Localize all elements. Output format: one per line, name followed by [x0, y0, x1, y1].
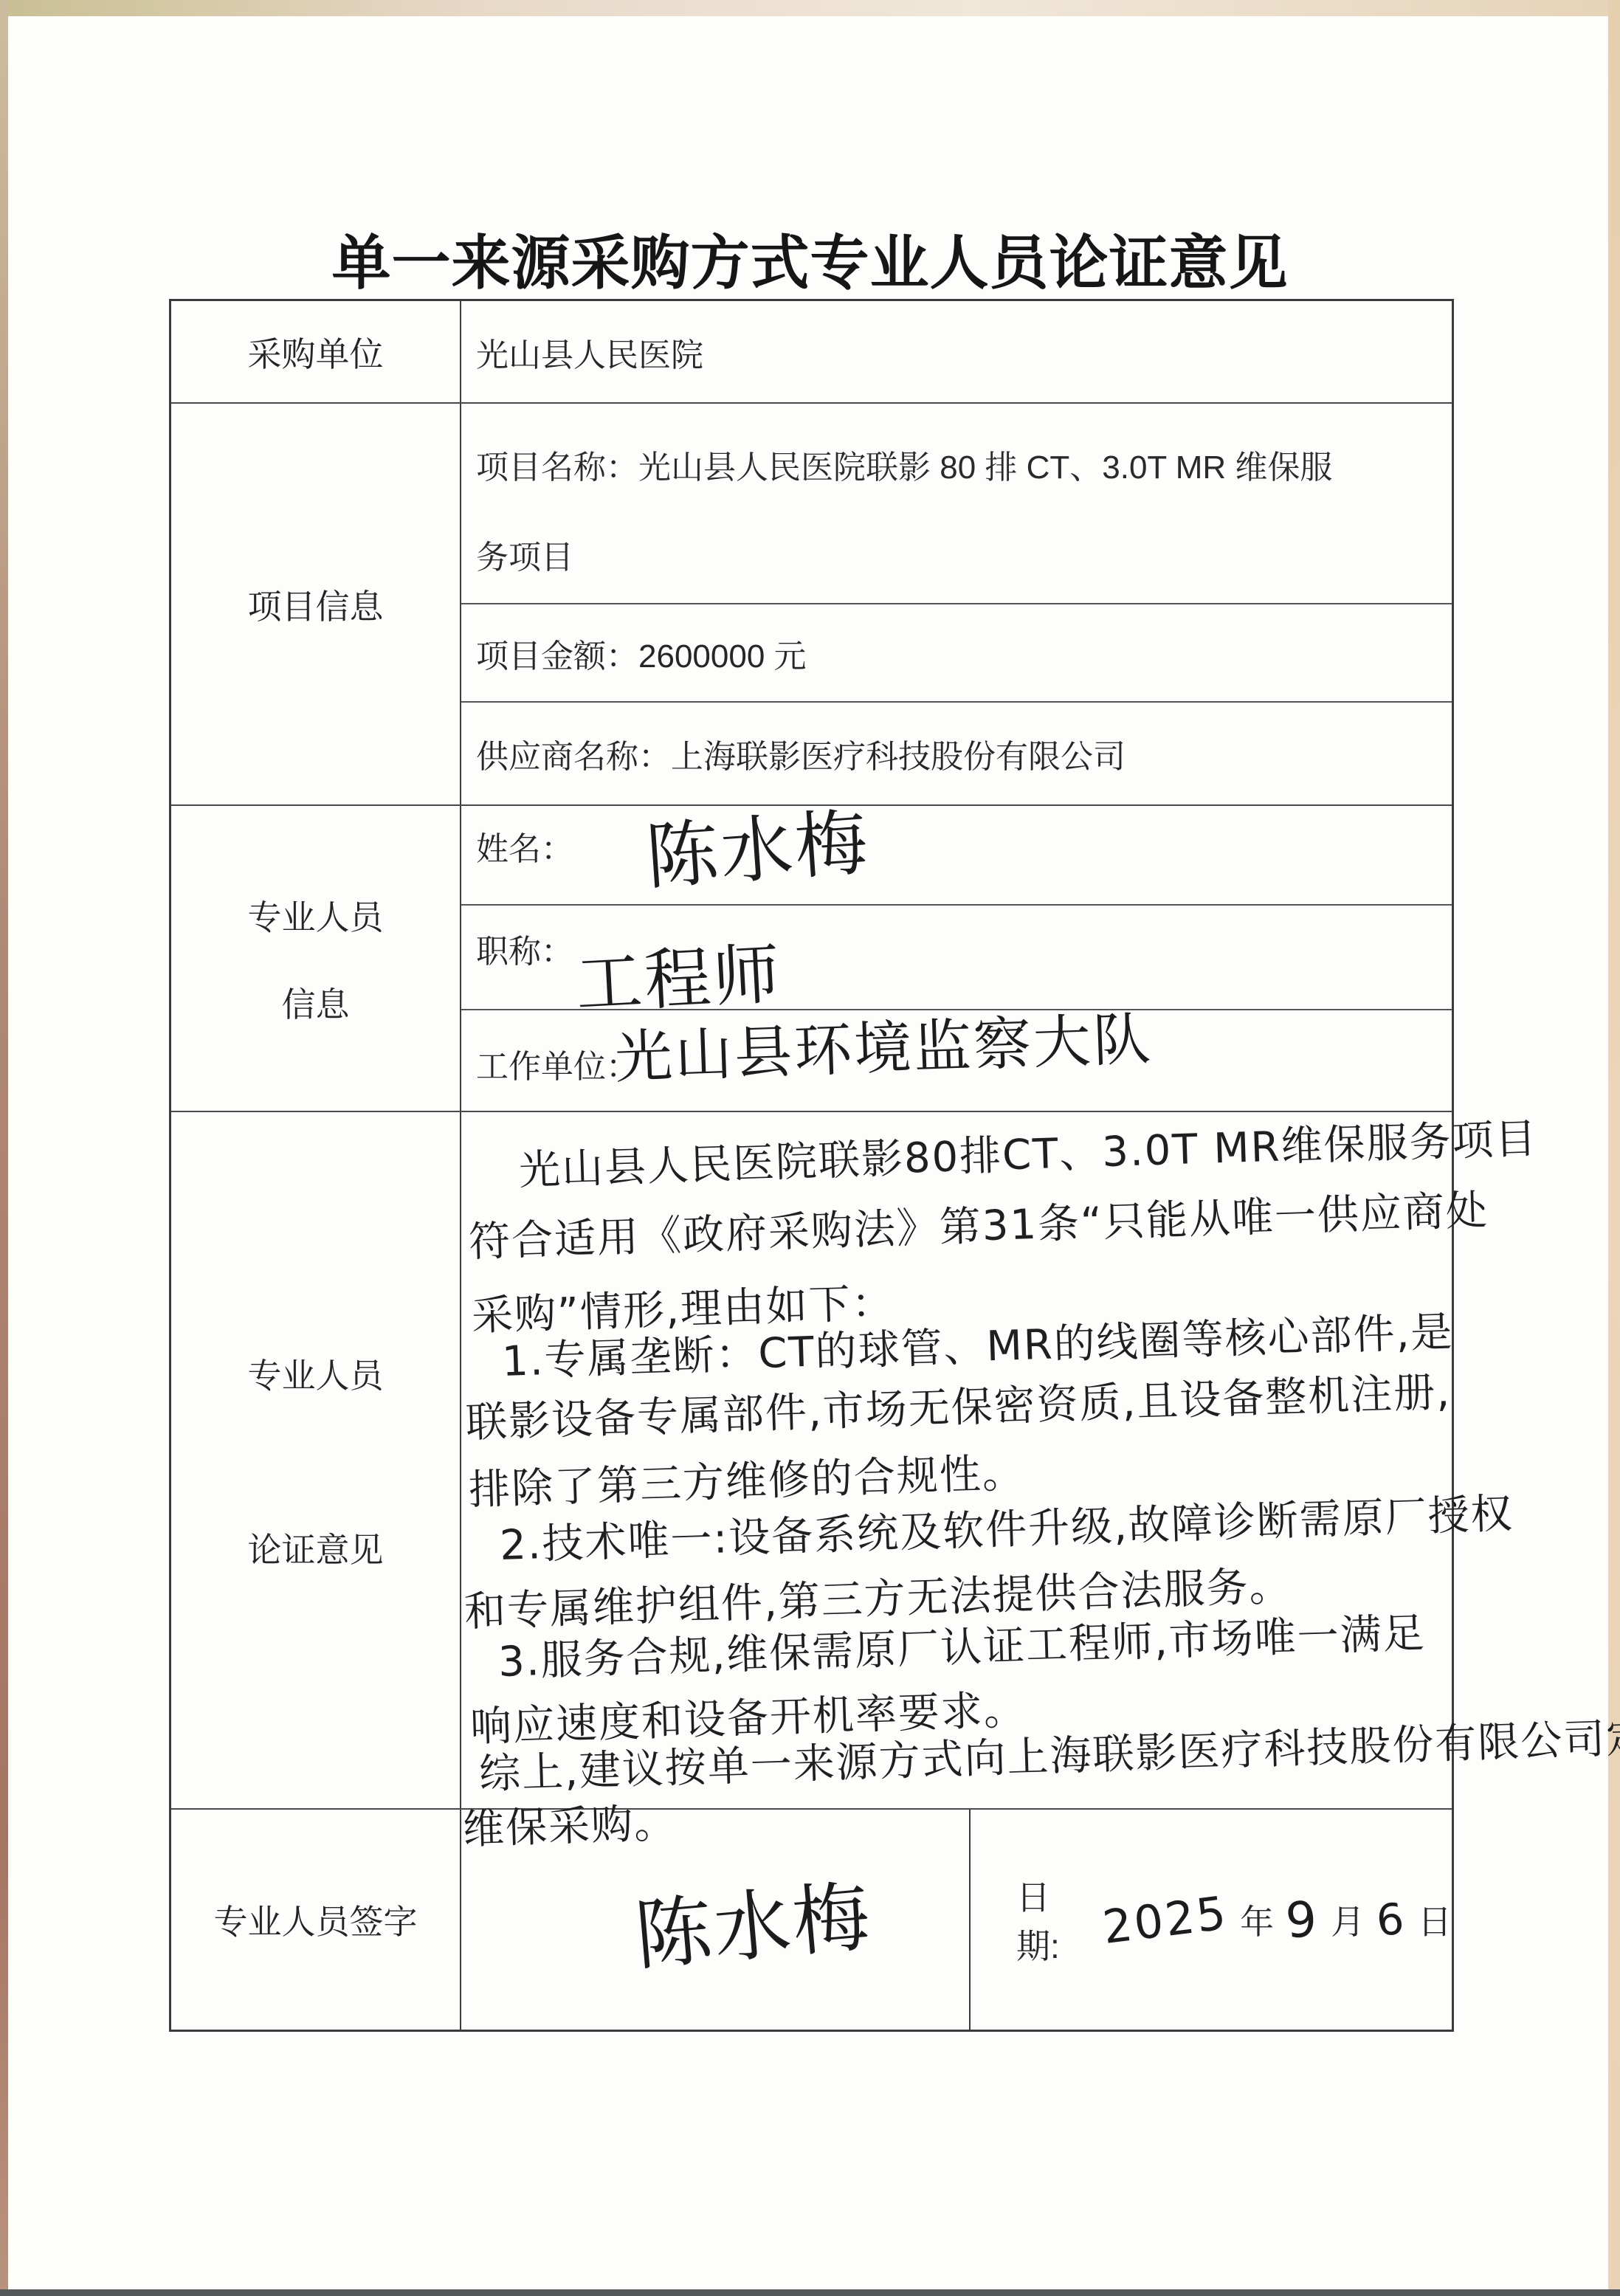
personnel-info-label-line2: 信息	[282, 978, 350, 1027]
document-page: 单一来源采购方式专业人员论证意见 采购单位 光山县人民医院 项目信息 项目名称：…	[0, 0, 1620, 2296]
page-title: 单一来源采购方式专业人员论证意见	[0, 216, 1620, 300]
row-personnel-info: 专业人员 信息 姓名： 陈水梅 职称： 工程师 工作单位： 光山县环境监察大队	[171, 804, 1452, 1111]
handwritten-opinion-cell: 光山县人民医院联影80排CT、3.0T MR维保服务项目 符合适用《政府采购法》…	[461, 1112, 1452, 1808]
opinion-form-table: 采购单位 光山县人民医院 项目信息 项目名称：光山县人民医院联影 80 排 CT…	[169, 299, 1454, 2032]
supplier-name: 供应商名称：上海联影医疗科技股份有限公司	[461, 701, 1452, 804]
purchasing-unit-value: 光山县人民医院	[461, 301, 1452, 402]
scan-edge-right	[1608, 0, 1620, 2296]
signature-label: 专业人员签字	[171, 1810, 461, 2030]
handwritten-signature: 陈水梅	[630, 1854, 875, 1985]
row-opinion: 专业人员 论证意见 光山县人民医院联影80排CT、3.0T MR维保服务项目 符…	[171, 1111, 1452, 1808]
handwritten-person-name: 陈水梅	[642, 785, 872, 904]
person-unit-label: 工作单位：	[461, 1040, 638, 1087]
row-purchasing-unit: 采购单位 光山县人民医院	[171, 301, 1452, 402]
handwritten-opinion-line: 维保采购。	[462, 1790, 678, 1856]
opinion-label: 专业人员 论证意见	[171, 1112, 461, 1808]
day-unit: 日	[1418, 1895, 1452, 1944]
purchasing-unit-label: 采购单位	[171, 301, 461, 402]
project-name-cell: 项目名称：光山县人民医院联影 80 排 CT、3.0T MR 维保服 务项目	[461, 404, 1452, 603]
opinion-label-line1: 专业人员	[248, 1349, 384, 1398]
handwritten-day: 6	[1374, 1893, 1409, 1946]
person-name-label: 姓名：	[461, 822, 573, 869]
row-signature: 专业人员签字 陈水梅 日期: 2025 年 9 月 6 日	[171, 1808, 1452, 2030]
opinion-label-line2: 论证意见	[248, 1523, 384, 1572]
person-title-label: 职称：	[461, 925, 573, 972]
handwritten-month: 9	[1283, 1890, 1320, 1949]
date-label: 日期:	[1016, 1871, 1091, 1968]
scan-edge-top	[0, 0, 1620, 16]
scan-edge-left	[0, 0, 8, 2296]
personnel-info-label-line1: 专业人员	[248, 891, 384, 940]
project-amount: 项目金额：2600000 元	[461, 603, 1452, 701]
project-name-line2: 务项目	[476, 513, 1452, 603]
project-info-label: 项目信息	[171, 404, 461, 804]
scan-edge-bottom	[0, 2289, 1620, 2296]
date-cell: 日期: 2025 年 9 月 6 日	[971, 1810, 1452, 2030]
month-unit: 月	[1331, 1895, 1365, 1944]
handwritten-year: 2025	[1100, 1885, 1230, 1954]
person-name-cell: 姓名： 陈水梅	[461, 806, 1452, 904]
person-title-cell: 职称： 工程师	[461, 904, 1452, 1009]
year-unit: 年	[1240, 1895, 1274, 1944]
personnel-info-label: 专业人员 信息	[171, 806, 461, 1111]
project-name-line1: 项目名称：光山县人民医院联影 80 排 CT、3.0T MR 维保服	[476, 423, 1452, 513]
row-project-info: 项目信息 项目名称：光山县人民医院联影 80 排 CT、3.0T MR 维保服 …	[171, 402, 1452, 804]
handwritten-person-unit: 光山县环境监察大队	[613, 993, 1154, 1094]
